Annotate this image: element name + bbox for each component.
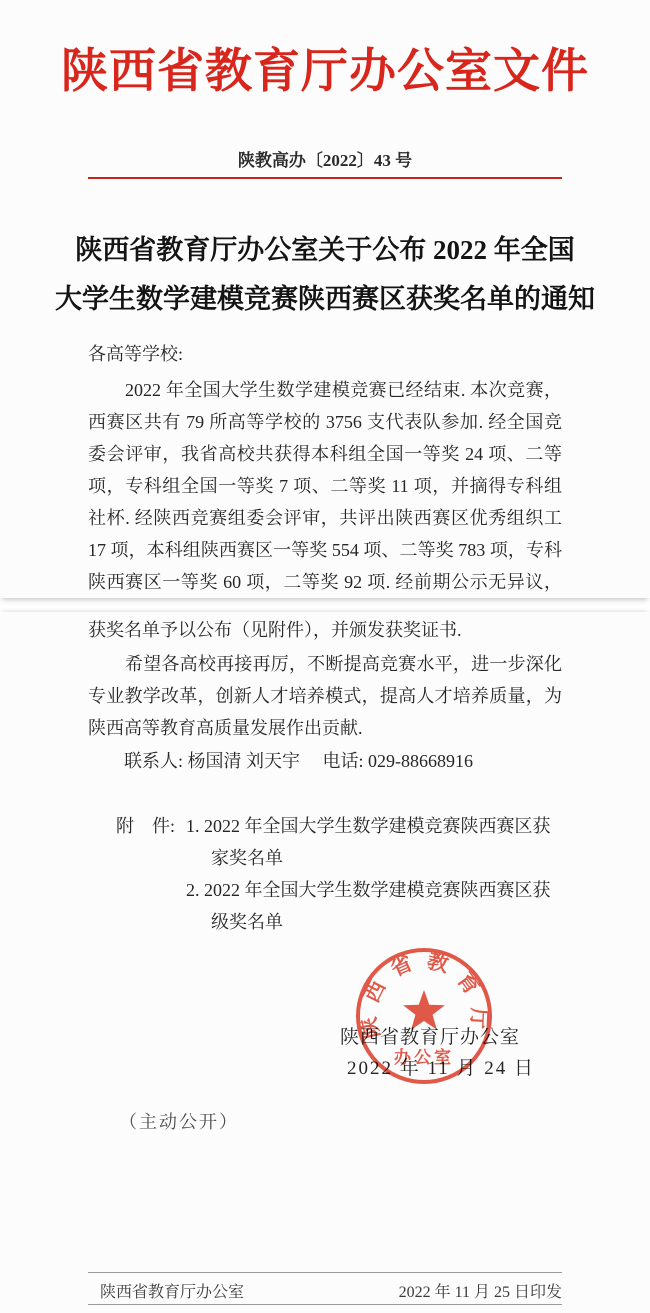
paragraph-1-line: 委会评审，我省高校共获得本科组全国一等奖 24 项、二等奖 49 <box>88 438 562 470</box>
paragraph-1-line: 2022 年全国大学生数学建模竞赛已经结束. 本次竞赛，陕 <box>88 374 562 406</box>
red-divider-line <box>88 177 562 179</box>
footer-rule-top <box>88 1272 562 1273</box>
paragraph-1-line: 陕西赛区一等奖 60 项，二等奖 92 项. 经前期公示无异议，现将 <box>88 566 562 598</box>
official-document: 陕西省教育厅办公室文件 陕教高办〔2022〕43 号 陕西省教育厅办公室关于公布… <box>0 0 650 1313</box>
attachments-label: 附 件: <box>116 810 175 842</box>
attachment-1-line-1: 1. 2022 年全国大学生数学建模竞赛陕西赛区获国 <box>186 810 564 842</box>
paragraph-1-line: 社杯. 经陕西竞赛组委会评审，共评出陕西赛区优秀组织工作奖 <box>88 502 562 534</box>
footer-rule-bottom <box>88 1304 562 1305</box>
paragraph-2-line: 希望各高校再接再厉，不断提高竞赛水平，进一步深化相关 <box>88 648 562 680</box>
paragraph-1-continuation: 获奖名单予以公布（见附件），并颁发获奖证书. <box>88 614 562 646</box>
disclosure-note: （主动公开） <box>119 1108 239 1134</box>
footer-org: 陕西省教育厅办公室 <box>100 1279 244 1302</box>
attachment-2-line-1: 2. 2022 年全国大学生数学建模竞赛陕西赛区获省 <box>186 874 564 906</box>
paragraph-1-line: 西赛区共有 79 所高等学校的 3756 支代表队参加. 经全国竞赛组 <box>88 406 562 438</box>
document-number: 陕教高办〔2022〕43 号 <box>0 146 650 171</box>
contact-line: 联系人: 杨国清 刘天宇 电话: 029-88668916 <box>124 745 473 777</box>
notice-title-line-2: 大学生数学建模竞赛陕西赛区获奖名单的通知 <box>45 275 605 324</box>
paragraph-2-line: 陕西高等教育高质量发展作出贡献. <box>88 712 562 744</box>
paragraph-2-line: 专业教学改革，创新人才培养模式，提高人才培养质量，为推进 <box>88 680 562 712</box>
notice-title: 陕西省教育厅办公室关于公布 2022 年全国 大学生数学建模竞赛陕西赛区获奖名单… <box>45 226 605 324</box>
attachment-2-line-2: 级奖名单 <box>211 906 283 938</box>
paragraph-1-line: 17 项，本科组陕西赛区一等奖 554 项、二等奖 783 项，专科组 <box>88 534 562 566</box>
seal-bottom-text: 办公室 <box>394 1047 454 1067</box>
seal-star-icon <box>403 990 445 1030</box>
notice-title-line-1: 陕西省教育厅办公室关于公布 2022 年全国 <box>45 226 605 275</box>
letterhead-title: 陕西省教育厅办公室文件 <box>0 34 650 101</box>
paragraph-1-line: 项，专科组全国一等奖 7 项、二等奖 11 项，并摘得专科组高教 <box>88 470 562 502</box>
official-seal: 陕西省教育厅 办公室 <box>336 930 512 1106</box>
salutation: 各高等学校: <box>88 338 183 370</box>
footer-print-date: 2022 年 11 月 25 日印发 <box>300 1279 562 1302</box>
attachment-1-line-2: 家奖名单 <box>211 842 283 874</box>
